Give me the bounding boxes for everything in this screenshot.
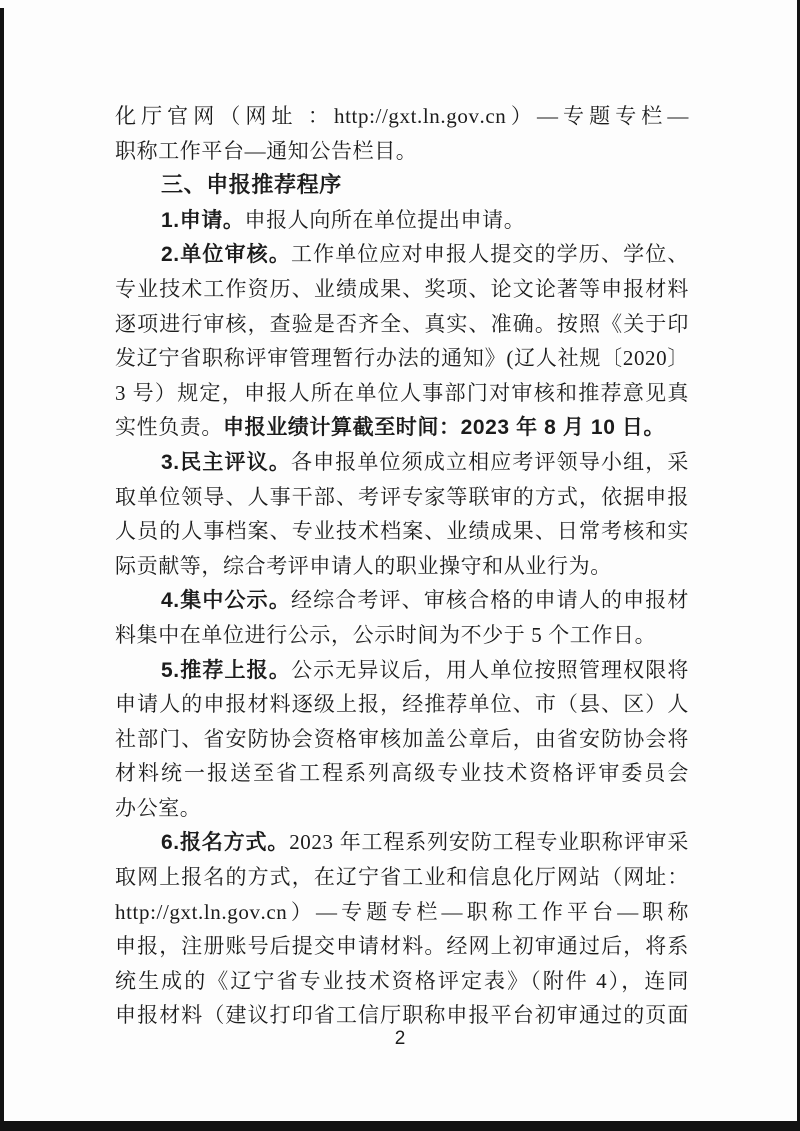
text-run: 公示无异议后，用人单位按照管理权限将 (291, 658, 689, 682)
text-run: 申报材料（建议打印省工信厅职称申报平台初审通过的页面 (115, 1003, 689, 1027)
text-line: 4.集中公示。经综合考评、审核合格的申请人的申报材 (115, 583, 689, 618)
text-line: 专业技术工作资历、业绩成果、奖项、论文论著等申报材料 (115, 272, 689, 307)
text-run: 经综合考评、审核合格的申请人的申报材 (291, 588, 689, 612)
text-run: 申报，注册账号后提交申请材料。经网上初审通过后，将系 (115, 934, 689, 958)
text-line: 申请人的申报材料逐级上报，经推荐单位、市（县、区）人 (115, 687, 689, 722)
text-line: 1.申请。申报人向所在单位提出申请。 (115, 203, 689, 238)
bold-text-run: 1.申请。 (161, 209, 245, 232)
text-line: 际贡献等，综合考评申请人的职业操守和从业行为。 (115, 549, 689, 584)
text-line: 2.单位审核。工作单位应对申报人提交的学历、学位、 (115, 237, 689, 272)
text-run: 工作单位应对申报人提交的学历、学位、 (291, 242, 689, 266)
text-line: 化厅官网（网址 ：http://gxt.ln.gov.cn）—专题专栏— (115, 99, 689, 134)
text-run: 人员的人事档案、专业技术档案、业绩成果、日常考核和实 (115, 519, 689, 543)
text-line: 统生成的《辽宁省专业技术资格评定表》（附件 4），连同 (115, 964, 689, 999)
section-heading: 三、申报推荐程序 (115, 168, 689, 203)
scan-border-left-edge (0, 8, 4, 1131)
text-line: 申报，注册账号后提交申请材料。经网上初审通过后，将系 (115, 929, 689, 964)
bold-text-run: 3.民主评议。 (161, 451, 291, 474)
text-run: 材料统一报送至省工程系列高级专业技术资格评审委员会 (115, 761, 689, 785)
text-line: 6.报名方式。2023 年工程系列安防工程专业职称评审采 (115, 825, 689, 860)
text-run: 料集中在单位进行公示，公示时间为不少于 5 个工作日。 (115, 623, 656, 647)
text-line: 社部门、省安防协会资格审核加盖公章后，由省安防协会将 (115, 722, 689, 757)
text-line: http://gxt.ln.gov.cn）—专题专栏—职称工作平台—职称 (115, 895, 689, 930)
bold-text-run: 三、申报推荐程序 (161, 172, 342, 197)
text-run: 申报人向所在单位提出申请。 (245, 208, 526, 232)
text-line: 发辽宁省职称评审管理暂行办法的通知》(辽人社规〔2020〕 (115, 341, 689, 376)
text-run: 实性负责。 (115, 415, 223, 439)
document-body: 化厅官网（网址 ：http://gxt.ln.gov.cn）—专题专栏—职称工作… (115, 99, 689, 1033)
text-line: 人员的人事档案、专业技术档案、业绩成果、日常考核和实 (115, 514, 689, 549)
bold-text-run: 申报业绩计算截至时间：2023 年 8 月 10 日。 (223, 416, 665, 439)
text-line: 实性负责。申报业绩计算截至时间：2023 年 8 月 10 日。 (115, 410, 689, 445)
text-line: 料集中在单位进行公示，公示时间为不少于 5 个工作日。 (115, 618, 689, 653)
text-line: 职称工作平台—通知公告栏目。 (115, 134, 689, 169)
text-line: 5.推荐上报。公示无异议后，用人单位按照管理权限将 (115, 653, 689, 688)
text-run: http://gxt.ln.gov.cn）—专题专栏—职称工作平台—职称 (115, 900, 689, 924)
text-run: 际贡献等，综合考评申请人的职业操守和从业行为。 (115, 554, 612, 578)
text-run: 各申报单位须成立相应考评领导小组，采 (291, 450, 689, 474)
text-line: 取单位领导、人事干部、考评专家等联审的方式，依据申报 (115, 480, 689, 515)
text-run: 统生成的《辽宁省专业技术资格评定表》（附件 4），连同 (115, 969, 689, 993)
bold-text-run: 5.推荐上报。 (161, 659, 291, 682)
text-run: 发辽宁省职称评审管理暂行办法的通知》(辽人社规〔2020〕 (115, 346, 689, 370)
page-number: 2 (0, 1028, 800, 1050)
text-run: 化厅官网（网址 ：http://gxt.ln.gov.cn）—专题专栏— (115, 104, 689, 128)
text-run: 申请人的申报材料逐级上报，经推荐单位、市（县、区）人 (115, 692, 689, 716)
text-line: 取网上报名的方式，在辽宁省工业和信息化厅网站（网址： (115, 860, 689, 895)
bold-text-run: 4.集中公示。 (161, 589, 291, 612)
text-run: 取网上报名的方式，在辽宁省工业和信息化厅网站（网址： (115, 865, 689, 889)
text-run: 逐项进行审核，查验是否齐全、真实、准确。按照《关于印 (115, 312, 689, 336)
text-run: 取单位领导、人事干部、考评专家等联审的方式，依据申报 (115, 485, 689, 509)
text-run: 社部门、省安防协会资格审核加盖公章后，由省安防协会将 (115, 727, 689, 751)
scan-border-bottom-edge (0, 1121, 800, 1131)
text-line: 办公室。 (115, 791, 689, 826)
text-line: 材料统一报送至省工程系列高级专业技术资格评审委员会 (115, 756, 689, 791)
text-line: 3 号）规定，申报人所在单位人事部门对审核和推荐意见真 (115, 376, 689, 411)
bold-text-run: 2.单位审核。 (161, 243, 291, 266)
text-run: 3 号）规定，申报人所在单位人事部门对审核和推荐意见真 (115, 381, 689, 405)
text-run: 办公室。 (115, 796, 201, 820)
text-run: 专业技术工作资历、业绩成果、奖项、论文论著等申报材料 (115, 277, 689, 301)
scanned-document-page: 化厅官网（网址 ：http://gxt.ln.gov.cn）—专题专栏—职称工作… (0, 0, 800, 1131)
text-line: 3.民主评议。各申报单位须成立相应考评领导小组，采 (115, 445, 689, 480)
bold-text-run: 6.报名方式。 (161, 831, 289, 854)
text-run: 2023 年工程系列安防工程专业职称评审采 (289, 830, 689, 854)
text-run: 职称工作平台—通知公告栏目。 (115, 139, 417, 163)
text-line: 逐项进行审核，查验是否齐全、真实、准确。按照《关于印 (115, 307, 689, 342)
